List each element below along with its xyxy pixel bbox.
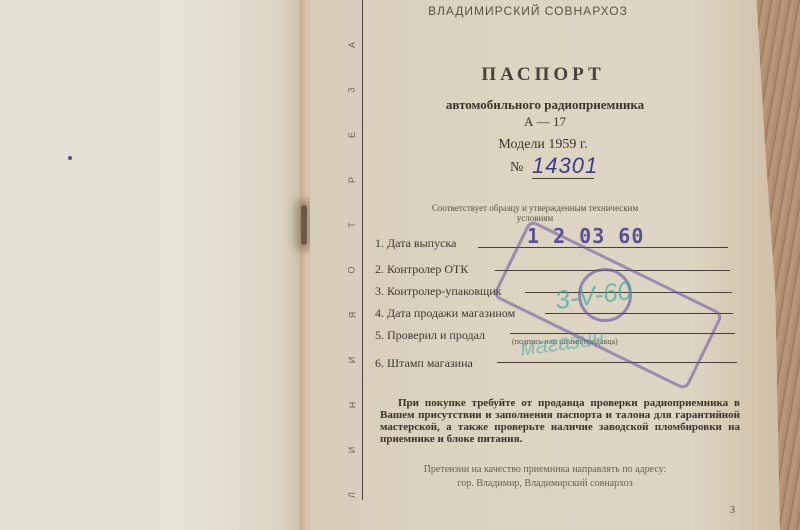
field-shop-stamp: 6. Штамп магазина [375, 356, 473, 371]
left-page-blank [0, 0, 303, 530]
serial-label: № [510, 160, 523, 176]
ink-spot [68, 156, 72, 160]
field-qc-inspector: 2. Контролер ОТК [375, 262, 468, 277]
purchase-instruction: При покупке требуйте от продавца проверк… [380, 397, 740, 445]
field-sale-date: 4. Дата продажи магазином [375, 306, 515, 321]
serial-underline [532, 178, 594, 179]
field-checked-sold: 5. Проверил и продал [375, 328, 485, 343]
field-line [497, 362, 737, 363]
field-release-date: 1. Дата выпуска [375, 236, 456, 251]
claims-address: Претензии на качество приемника направля… [424, 463, 667, 491]
model-name: А — 17 [524, 114, 566, 130]
binding-staple [301, 205, 307, 245]
page-number: 3 [730, 505, 735, 516]
cut-line [362, 0, 363, 500]
conformity-note: Соответствует образцу и утвержденным тех… [430, 203, 640, 223]
serial-number: 14301 [532, 153, 598, 179]
claims-line-1: Претензии на качество приемника направля… [424, 463, 667, 477]
document-title: ПАСПОРТ [481, 64, 604, 86]
field-packer: 3. Контролер-упаковщик [375, 284, 502, 299]
model-year: Модели 1959 г. [498, 137, 587, 153]
issuer-header: ВЛАДИМИРСКИЙ СОВНАРХОЗ [428, 4, 628, 18]
claims-line-2: гор. Владимир, Владимирский совнархоз [424, 477, 667, 491]
document-subtitle: автомобильного радиоприемника [446, 97, 644, 113]
cut-line-label: А З Е Р Т О Я И Н И Л [342, 40, 362, 500]
